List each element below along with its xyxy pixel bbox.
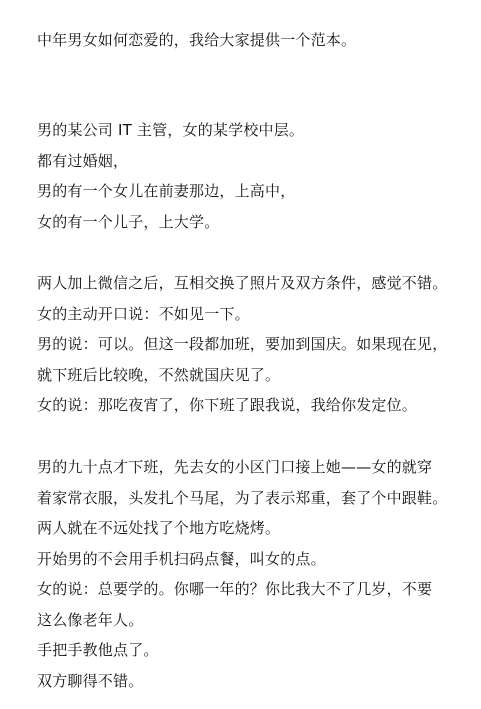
paragraph-background: 男的某公司 IT 主管，女的某学校中层。 都有过婚姻， 男的有一个女儿在前妻那边… xyxy=(37,115,461,237)
text-line: 男的九十点才下班，先去女的小区门口接上她——女的就穿 xyxy=(37,452,461,483)
text-line: 两人加上微信之后，互相交换了照片及双方条件，感觉不错。 xyxy=(37,268,461,299)
text-line: 男的说：可以。但这一段都加班，要加到国庆。如果现在见， xyxy=(37,329,461,360)
text-line: 女的说：那吃夜宵了，你下班了跟我说，我给你发定位。 xyxy=(37,390,461,421)
text-line: 着家常衣服，头发扎个马尾，为了表示郑重，套了个中跟鞋。 xyxy=(37,483,461,514)
text-line: 女的主动开口说：不如见一下。 xyxy=(37,299,461,330)
text-line: 这么像老年人。 xyxy=(37,605,461,636)
paragraph-meeting: 男的九十点才下班，先去女的小区门口接上她——女的就穿 着家常衣服，头发扎个马尾，… xyxy=(37,452,461,696)
paragraph-wechat: 两人加上微信之后，互相交换了照片及双方条件，感觉不错。 女的主动开口说：不如见一… xyxy=(37,268,461,421)
paragraph-intro: 中年男女如何恋爱的，我给大家提供一个范本。 xyxy=(37,25,461,56)
text-line: 女的有一个儿子，上大学。 xyxy=(37,207,461,238)
text-line: 就下班后比较晚，不然就国庆见了。 xyxy=(37,360,461,391)
text-line: 女的说：总要学的。你哪一年的？你比我大不了几岁，不要 xyxy=(37,574,461,605)
text-line: 都有过婚姻， xyxy=(37,146,461,177)
article-document: 中年男女如何恋爱的，我给大家提供一个范本。 男的某公司 IT 主管，女的某学校中… xyxy=(0,0,481,709)
text-line: 男的某公司 IT 主管，女的某学校中层。 xyxy=(37,115,461,146)
text-line: 中年男女如何恋爱的，我给大家提供一个范本。 xyxy=(37,25,461,56)
text-line: 两人就在不远处找了个地方吃烧烤。 xyxy=(37,513,461,544)
text-line: 开始男的不会用手机扫码点餐，叫女的点。 xyxy=(37,544,461,575)
text-line: 手把手教他点了。 xyxy=(37,635,461,666)
text-line: 男的有一个女儿在前妻那边，上高中， xyxy=(37,176,461,207)
text-line: 双方聊得不错。 xyxy=(37,666,461,697)
